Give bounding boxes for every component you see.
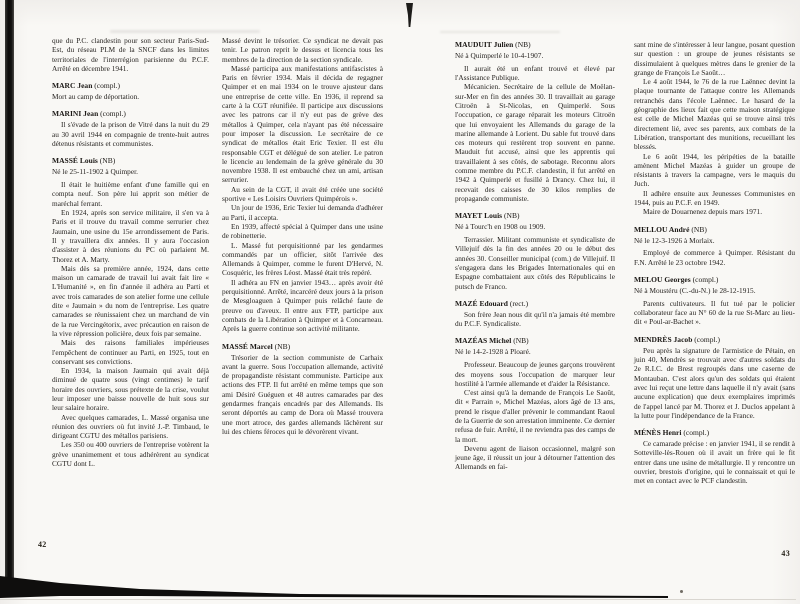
entry-paragraph: Ce camarade précise : en janvier 1941, i… <box>634 439 795 485</box>
entry-paragraph: C'est ainsi qu'à la demande de François … <box>455 388 615 444</box>
entry-name: MAZÉAS Michel <box>455 336 511 345</box>
entry-paragraph: En 1924, après son service militaire, il… <box>52 208 209 264</box>
page-43-column-2: sant mine de s'intéresser à leur langue,… <box>634 40 795 486</box>
entry-name: MARINI Jean <box>52 109 98 118</box>
entry-paragraph: sant mine de s'intéresser à leur langue,… <box>634 40 795 77</box>
entry-paragraph: Le 4 août 1944, le 76 de la rue Laënnec … <box>634 77 795 151</box>
entry-paragraph: Il aurait été un enfant trouvé et élevé … <box>455 64 615 83</box>
entry-paragraph: En 1939, affecté spécial à Quimper dans … <box>222 222 383 241</box>
entry-paragraph: Employé de commerce à Quimper. Résistant… <box>634 248 795 267</box>
entry-qualifier: (NB) <box>689 225 706 234</box>
bleed-through-smudge <box>110 30 260 33</box>
page-43-column-1: MAUDUIT Julien (NB)Né à Quimperlé le 10-… <box>455 40 615 472</box>
entry-paragraph: Son frère Jean nous dit qu'il n'a jamais… <box>455 310 615 329</box>
entry-name: MELOU Georges <box>634 275 691 284</box>
entry-qualifier: (NB) <box>98 156 115 165</box>
entry-name: MAUDUIT Julien <box>455 40 513 49</box>
entry-paragraph: Il adhère ensuite aux Jeunesses Communis… <box>634 189 795 208</box>
entry-name: MÉNÈS Henri <box>634 428 682 437</box>
page-number-left: 42 <box>38 540 47 549</box>
page-number-right: 43 <box>760 549 790 558</box>
entry-paragraph: Le 6 août 1944, les péripéties de la bat… <box>634 152 795 189</box>
bleed-through-smudge <box>440 31 560 33</box>
entry-name: MARC Jean <box>52 81 92 90</box>
entry-paragraph: Massé participa aux manifestations antif… <box>222 64 383 185</box>
scan-gutter-artifact <box>406 3 413 27</box>
entry-paragraph: Terrassier. Militant communiste et syndi… <box>455 235 615 291</box>
entry-heading: MARINI Jean (compl.) <box>52 109 209 119</box>
entry-paragraph: Il était le huitième enfant d'une famill… <box>52 180 209 208</box>
scan-bottom-line <box>0 599 796 600</box>
entry-paragraph: Mort au camp de déportation. <box>52 92 209 101</box>
birth-line: Né à Tourc'h en 1908 ou 1909. <box>455 222 615 231</box>
entry-paragraph: Mais des raisons familiales impérieuses … <box>52 338 209 366</box>
entry-heading: MAZÉAS Michel (NB) <box>455 336 615 346</box>
entry-name: MASSÉ Marcel <box>222 342 273 351</box>
birth-line: Né le 25-11-1902 à Quimper. <box>52 167 209 176</box>
entry-name: MAYET Louis <box>455 211 502 220</box>
birth-line: Né à Moustéru (C.-du-N.) le 28-12-1915. <box>634 286 795 295</box>
entry-heading: MELLOU André (NB) <box>634 225 795 235</box>
entry-paragraph: que du P.C. clandestin pour son secteur … <box>52 36 209 73</box>
birth-line: Né le 12-3-1926 à Morlaix. <box>634 236 795 245</box>
entry-name: MENDRÈS Jacob <box>634 335 692 344</box>
entry-paragraph: En 1934, la maison Jaumain qui avait déj… <box>52 366 209 412</box>
entry-paragraph: Peu après la signature de l'armistice de… <box>634 346 795 420</box>
entry-qualifier: (NB) <box>511 336 528 345</box>
entry-paragraph: Massé devint le trésorier. Ce syndicat n… <box>222 36 383 64</box>
entry-heading: MASSÉ Louis (NB) <box>52 156 209 166</box>
entry-paragraph: Devenu agent de liaison occasionnel, mal… <box>455 444 615 472</box>
scan-edge-black-bar <box>5 0 14 578</box>
entry-paragraph: L. Massé fut perquisitionné par les gend… <box>222 241 383 278</box>
page-42-column-2: Massé devint le trésorier. Ce syndicat n… <box>222 36 383 436</box>
entry-qualifier: (NB) <box>273 342 290 351</box>
entry-qualifier: (rect.) <box>508 299 528 308</box>
entry-heading: MARC Jean (compl.) <box>52 81 209 91</box>
entry-paragraph: Parents cultivateurs. Il fut tué par le … <box>634 299 795 327</box>
entry-qualifier: (NB) <box>502 211 519 220</box>
entry-paragraph: Avec quelques camarades, L. Massé organi… <box>52 413 209 441</box>
entry-heading: MÉNÈS Henri (compl.) <box>634 428 795 438</box>
entry-paragraph: Trésorier de la section communiste de Ca… <box>222 353 383 437</box>
entry-qualifier: (compl.) <box>692 335 720 344</box>
entry-heading: MELOU Georges (compl.) <box>634 275 795 285</box>
entry-paragraph: Au sein de la CGT, il avait été créée un… <box>222 185 383 204</box>
entry-name: MELLOU André <box>634 225 689 234</box>
entry-heading: MASSÉ Marcel (NB) <box>222 342 383 352</box>
entry-heading: MENDRÈS Jacob (compl.) <box>634 335 795 345</box>
birth-line: Né le 14-2-1928 à Ploaré. <box>455 347 615 356</box>
entry-qualifier: (compl.) <box>92 81 120 90</box>
book-scan-background: que du P.C. clandestin pour son secteur … <box>0 0 800 604</box>
entry-name: MAZÉ Edouard <box>455 299 508 308</box>
entry-heading: MAZÉ Edouard (rect.) <box>455 299 615 309</box>
entry-qualifier: (compl.) <box>682 428 710 437</box>
entry-paragraph: Maire de Douarnenez depuis mars 1971. <box>634 207 795 216</box>
entry-paragraph: Les 350 ou 400 ouvriers de l'entreprise … <box>52 440 209 468</box>
entry-paragraph: Un jour de 1936, Eric Texier lui demanda… <box>222 203 383 222</box>
entry-name: MASSÉ Louis <box>52 156 98 165</box>
birth-line: Né à Quimperlé le 10-4-1907. <box>455 51 615 60</box>
page-42-column-1: que du P.C. clandestin pour son secteur … <box>52 36 209 468</box>
entry-paragraph: Il adhéra au FN en janvier 1943… après a… <box>222 278 383 334</box>
entry-paragraph: Mécanicien. Secrétaire de la cellule de … <box>455 82 615 203</box>
entry-heading: MAYET Louis (NB) <box>455 211 615 221</box>
entry-qualifier: (compl.) <box>691 275 719 284</box>
entry-heading: MAUDUIT Julien (NB) <box>455 40 615 50</box>
scan-shadow-wedge <box>0 574 668 600</box>
scan-speck <box>680 590 683 593</box>
entry-paragraph: Il s'évade de la prison de Vitré dans la… <box>52 120 209 148</box>
entry-paragraph: Mais dès sa première année, 1924, dans c… <box>52 264 209 338</box>
entry-paragraph: Professeur. Beaucoup de jeunes garçons t… <box>455 360 615 388</box>
entry-qualifier: (compl.) <box>98 109 126 118</box>
entry-qualifier: (NB) <box>513 40 530 49</box>
